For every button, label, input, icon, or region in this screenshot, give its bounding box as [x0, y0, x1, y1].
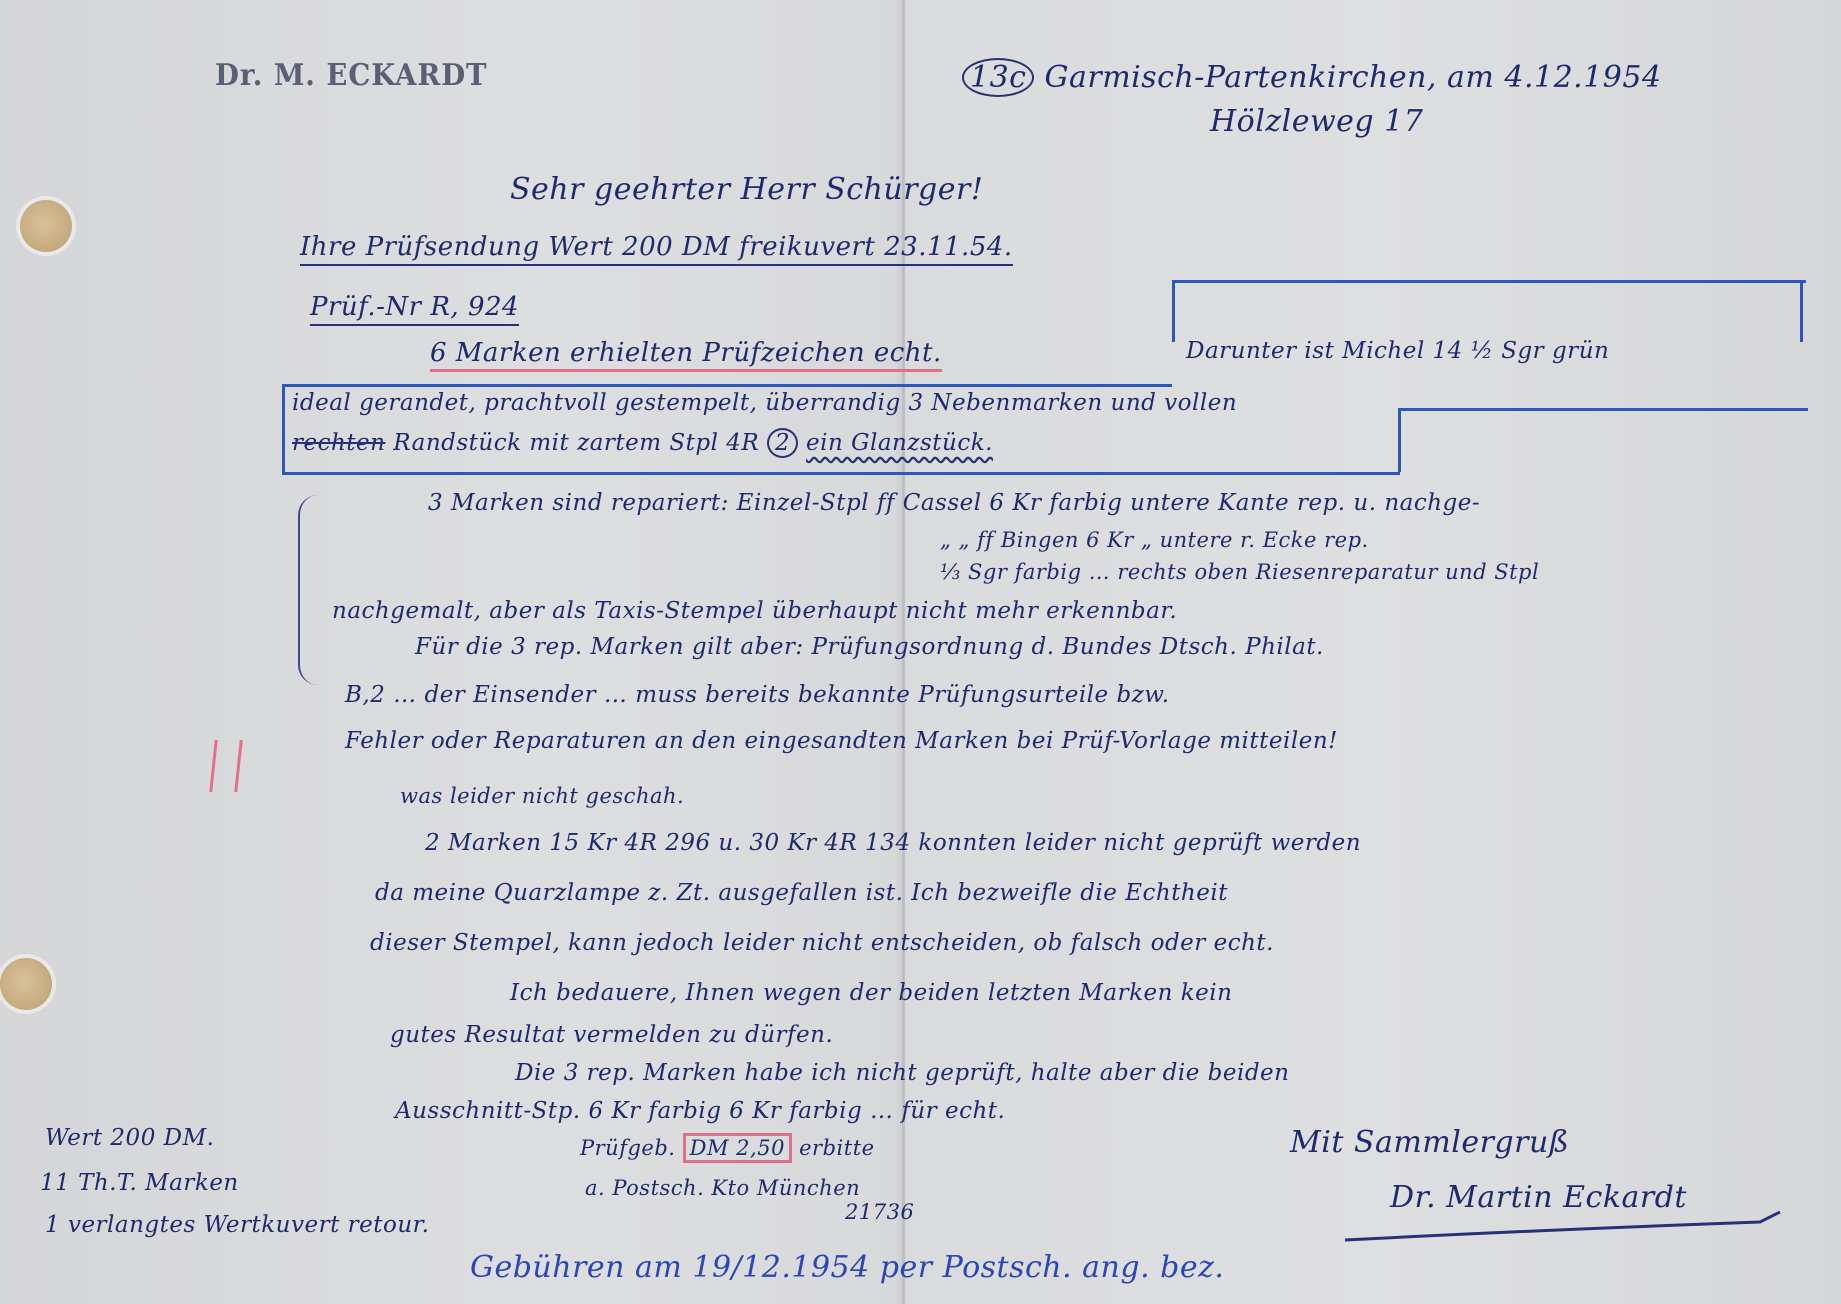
punch-hole-icon: [20, 200, 72, 252]
closing-greeting: Mit Sammlergruß: [1290, 1125, 1569, 1160]
body-p5-a: Ich bedauere, Ihnen wegen der beiden let…: [510, 980, 1232, 1006]
body-p2-a: 3 Marken sind repariert: Einzel-Stpl ff …: [428, 490, 1480, 516]
place-date: Garmisch-Partenkirchen, am 4.12.1954: [1045, 60, 1662, 95]
body-p6-b: Ausschnitt-Stp. 6 Kr farbig 6 Kr farbig …: [395, 1098, 1005, 1124]
red-margin-mark: [209, 740, 242, 792]
box-outline: [282, 386, 285, 472]
body-p4-c: dieser Stempel, kann jedoch leider nicht…: [370, 930, 1274, 956]
reference-line-1: Ihre Prüfsendung Wert 200 DM freikuvert …: [300, 232, 1013, 262]
box-outline: [1172, 280, 1806, 283]
body-p5-b: gutes Resultat vermelden zu dürfen.: [390, 1022, 833, 1048]
box-outline: [282, 472, 1400, 475]
sender-address: Hölzleweg 17: [1210, 104, 1423, 139]
margin-note-2: 11 Th.T. Marken: [40, 1170, 239, 1196]
body-p2-c: ⅓ Sgr farbig … rechts oben Riesenreparat…: [940, 560, 1539, 584]
folio-number: 13c: [962, 58, 1034, 97]
header-place-date: 13c Garmisch-Partenkirchen, am 4.12.1954: [962, 58, 1662, 97]
margin-note-1: Wert 200 DM.: [45, 1125, 214, 1151]
box-outline: [1800, 282, 1803, 342]
body-p2-d: nachgemalt, aber als Taxis-Stempel überh…: [332, 598, 1177, 624]
body-p3-c: Fehler oder Reparaturen an den eingesand…: [345, 728, 1338, 754]
signature-underline: [1340, 1200, 1800, 1260]
body-p3-d: was leider nicht geschah.: [400, 784, 684, 808]
body-p2-b: „ „ ff Bingen 6 Kr „ untere r. Ecke rep.: [940, 528, 1369, 552]
salutation: Sehr geehrter Herr Schürger!: [510, 172, 983, 207]
box-outline: [1398, 408, 1808, 411]
body-p1-b: Darunter ist Michel 14 ½ Sgr grün: [1186, 338, 1609, 364]
body-p1-a: 6 Marken erhielten Prüfzeichen echt.: [430, 338, 942, 368]
body-p4-b: da meine Quarzlampe z. Zt. ausgefallen i…: [375, 880, 1228, 906]
body-p6-a: Die 3 rep. Marken habe ich nicht geprüft…: [515, 1060, 1289, 1086]
body-p1-d: rechten Randstück mit zartem Stpl 4R 2 e…: [292, 428, 993, 458]
body-p1-c: ideal gerandet, prachtvoll gestempelt, ü…: [292, 390, 1237, 416]
box-outline: [282, 384, 1172, 387]
reference-line-2: Prüf.-Nr R, 924: [310, 292, 519, 322]
box-outline: [1398, 410, 1401, 472]
punch-hole-icon: [0, 958, 52, 1010]
letterhead-stamp: Dr. M. ECKARDT: [215, 58, 488, 93]
body-p3-b: B,2 … der Einsender … muss bereits bekan…: [345, 682, 1170, 708]
fees-account-number: 21736: [845, 1200, 914, 1224]
fees-account: a. Postsch. Kto München: [585, 1176, 860, 1200]
fee-amount: DM 2,50: [683, 1133, 792, 1163]
box-outline: [1172, 282, 1175, 342]
body-p3-a: Für die 3 rep. Marken gilt aber: Prüfung…: [415, 634, 1324, 660]
margin-note-3: 1 verlangtes Wertkuvert retour.: [45, 1212, 429, 1238]
bracket-mark: [298, 495, 320, 685]
body-p4-a: 2 Marken 15 Kr 4R 296 u. 30 Kr 4R 134 ko…: [425, 830, 1361, 856]
fees-line: Prüfgeb. DM 2,50 erbitte: [580, 1136, 875, 1160]
footer-note: Gebühren am 19/12.1954 per Postsch. ang.…: [470, 1250, 1224, 1285]
